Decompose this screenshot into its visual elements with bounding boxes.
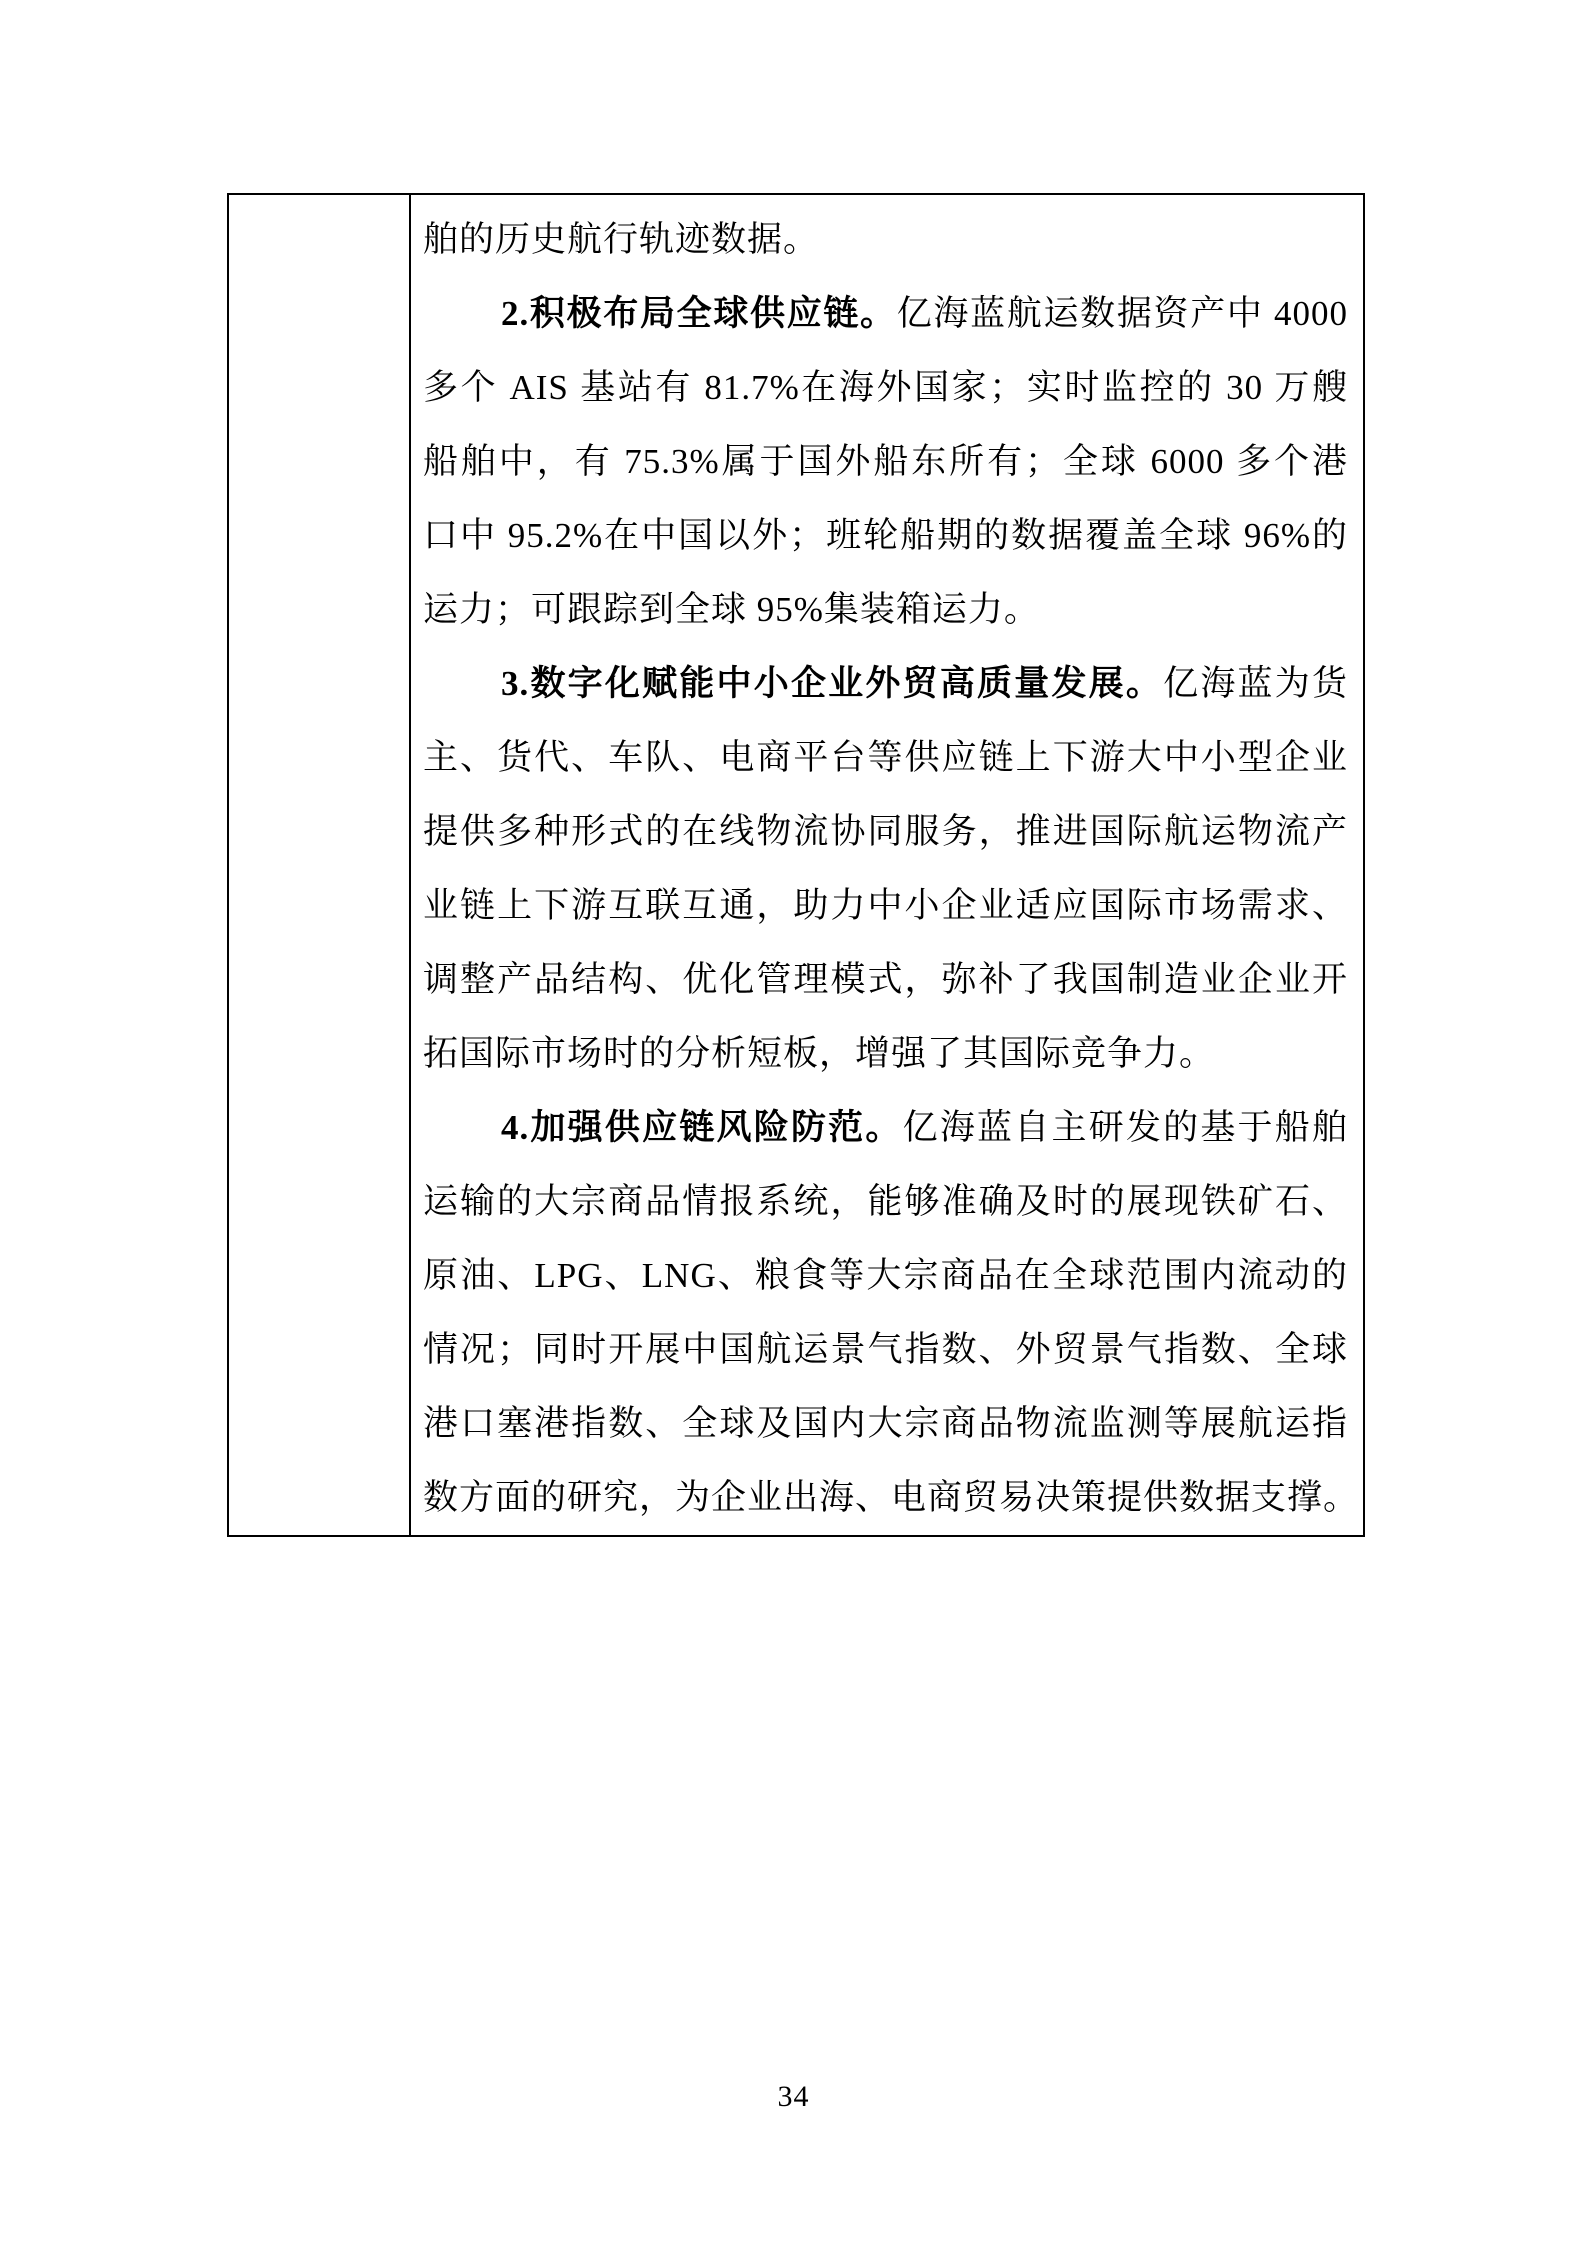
text-line-10: 业链上下游互联互通，助力中小企业适应国际市场需求、: [423, 869, 1348, 943]
text-line-16: 情况；同时开展中国航运景气指数、外贸景气指数、全球: [423, 1313, 1348, 1387]
text-line-6: 运力；可跟踪到全球 95%集装箱运力。: [423, 573, 1348, 647]
table-cell-left-empty: [229, 195, 411, 1535]
body-text: 运输的大宗商品情报系统，能够准确及时的展现铁矿石、: [423, 1182, 1348, 1221]
text-line-13: 4.加强供应链风险防范。亿海蓝自主研发的基于船舶: [423, 1091, 1348, 1165]
body-text: 业链上下游互联互通，助力中小企业适应国际市场需求、: [423, 886, 1348, 925]
body-text: 调整产品结构、优化管理模式，弥补了我国制造业企业开: [423, 960, 1348, 999]
body-text: 亿海蓝自主研发的基于船舶: [903, 1108, 1348, 1147]
text-line-1: 舶的历史航行轨迹数据。: [423, 203, 1348, 277]
heading-text: 2.积极布局全球供应链。: [501, 294, 897, 333]
text-line-18: 数方面的研究，为企业出海、电商贸易决策提供数据支撑。: [423, 1461, 1348, 1535]
body-text: 舶的历史航行轨迹数据。: [423, 220, 819, 259]
text-line-4: 船舶中，有 75.3%属于国外船东所有；全球 6000 多个港: [423, 425, 1348, 499]
body-text: 口中 95.2%在中国以外；班轮船期的数据覆盖全球 96%的: [423, 516, 1348, 555]
body-text: 主、货代、车队、电商平台等供应链上下游大中小型企业: [423, 738, 1348, 777]
text-line-9: 提供多种形式的在线物流协同服务，推进国际航运物流产: [423, 795, 1348, 869]
body-text: 亿海蓝为货: [1163, 664, 1348, 703]
table-cell-content: 舶的历史航行轨迹数据。 2.积极布局全球供应链。亿海蓝航运数据资产中 4000 …: [411, 195, 1363, 1535]
body-text: 多个 AIS 基站有 81.7%在海外国家；实时监控的 30 万艘: [423, 368, 1348, 407]
text-line-7: 3.数字化赋能中小企业外贸高质量发展。亿海蓝为货: [423, 647, 1348, 721]
body-text: 情况；同时开展中国航运景气指数、外贸景气指数、全球: [423, 1330, 1348, 1369]
body-text: 数方面的研究，为企业出海、电商贸易决策提供数据支撑。: [423, 1478, 1359, 1517]
body-text: 原油、LPG、LNG、粮食等大宗商品在全球范围内流动的: [423, 1256, 1348, 1295]
text-line-3: 多个 AIS 基站有 81.7%在海外国家；实时监控的 30 万艘: [423, 351, 1348, 425]
text-line-2: 2.积极布局全球供应链。亿海蓝航运数据资产中 4000: [423, 277, 1348, 351]
text-line-17: 港口塞港指数、全球及国内大宗商品物流监测等展航运指: [423, 1387, 1348, 1461]
page-number: 34: [0, 2080, 1587, 2114]
body-text: 运力；可跟踪到全球 95%集装箱运力。: [423, 590, 1040, 629]
document-table: 舶的历史航行轨迹数据。 2.积极布局全球供应链。亿海蓝航运数据资产中 4000 …: [227, 193, 1365, 1537]
body-text: 提供多种形式的在线物流协同服务，推进国际航运物流产: [423, 812, 1348, 851]
text-line-8: 主、货代、车队、电商平台等供应链上下游大中小型企业: [423, 721, 1348, 795]
heading-text: 4.加强供应链风险防范。: [501, 1108, 903, 1147]
text-line-12: 拓国际市场时的分析短板，增强了其国际竞争力。: [423, 1017, 1348, 1091]
text-line-15: 原油、LPG、LNG、粮食等大宗商品在全球范围内流动的: [423, 1239, 1348, 1313]
body-text: 亿海蓝航运数据资产中 4000: [897, 294, 1348, 333]
heading-text: 3.数字化赋能中小企业外贸高质量发展。: [501, 664, 1163, 703]
text-line-14: 运输的大宗商品情报系统，能够准确及时的展现铁矿石、: [423, 1165, 1348, 1239]
text-line-11: 调整产品结构、优化管理模式，弥补了我国制造业企业开: [423, 943, 1348, 1017]
body-text: 拓国际市场时的分析短板，增强了其国际竞争力。: [423, 1034, 1215, 1073]
text-line-5: 口中 95.2%在中国以外；班轮船期的数据覆盖全球 96%的: [423, 499, 1348, 573]
body-text: 船舶中，有 75.3%属于国外船东所有；全球 6000 多个港: [423, 442, 1348, 481]
body-text: 港口塞港指数、全球及国内大宗商品物流监测等展航运指: [423, 1404, 1348, 1443]
